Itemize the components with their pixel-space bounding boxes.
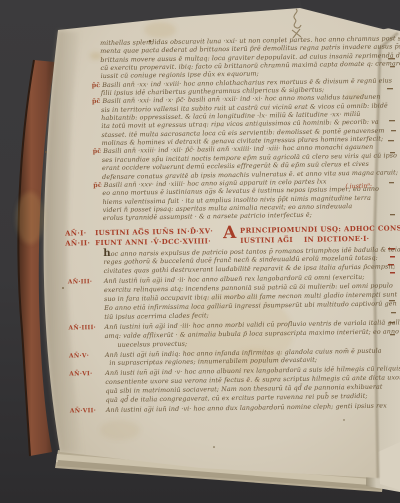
chronicle-rubric: AN̄·I·IUSTINI AG̅S IUN̄S IN·D̄·XV·PRINCI… xyxy=(65,223,395,248)
post-consulatum-mark: p̄c̄ xyxy=(92,98,103,105)
chronicle-entry: mithellas splendidas obscuravit luna ·xx… xyxy=(100,35,393,81)
chronicle-entry: AN̄·IIII·Ann̄ iustini iun̄ ag̅i ind ·iii… xyxy=(104,319,396,350)
entry-initial: h xyxy=(103,247,111,258)
manuscript-text: mithellas splendidas obscuravit luna ·xx… xyxy=(100,35,399,460)
margin-year-label: AN̄·V· xyxy=(69,352,103,360)
chronicle-entry: hoc anno narsis expulsus de patricio pos… xyxy=(103,246,395,277)
chronicle-upper-block: mithellas splendidas obscuravit luna ·xx… xyxy=(100,35,395,223)
chronicle-entry: AN̄·III·Ann̄ iustin̄ iun̄ ag̅i ind ·ii· … xyxy=(104,274,397,323)
chronicle-lower-block: hoc anno narsis expulsus de patricio pos… xyxy=(103,246,398,416)
chronicle-entry: p̄c̄Basili ann̄ ·xxiii· ind ·xii· p̄c̄· … xyxy=(102,144,394,182)
post-consulatum-mark: p̄c̄ xyxy=(92,82,103,89)
post-consulatum-mark: p̄c̄ xyxy=(93,148,104,155)
chronicle-entry: p̄c̄Basili ann̄ ·xxi· ind ·x· p̄c̄· basi… xyxy=(101,94,394,149)
margin-year-label: AN̄·VI· xyxy=(69,370,103,378)
rubric-right-text: IUSTINI AG̅I IN DICTIONE·I· xyxy=(223,233,369,245)
marginal-note: ( iustin⁹; xyxy=(345,183,372,190)
rubric-year-label: AN̄·II· xyxy=(65,238,95,248)
margin-year-label: AN̄·III· xyxy=(68,278,102,286)
rubric-year-label: AN̄·I· xyxy=(65,228,95,238)
post-consulatum-mark: p̄c̄ xyxy=(93,182,104,189)
margin-year-label: AN̄·IIII· xyxy=(68,324,102,332)
rubric-initial-A: A xyxy=(223,224,236,241)
chronicle-entry: AN̄·VI·Ann̄ iusti iun̄ ag̅i ind ·v· hoc … xyxy=(105,366,398,406)
margin-year-label: AN̄·VII· xyxy=(70,407,104,415)
manuscript-photo: mithellas splendidas obscuravit luna ·xx… xyxy=(0,0,400,503)
rubric-left-text: FIUNT ANNI ·V̄·DCC·XVIIII· xyxy=(95,236,223,248)
